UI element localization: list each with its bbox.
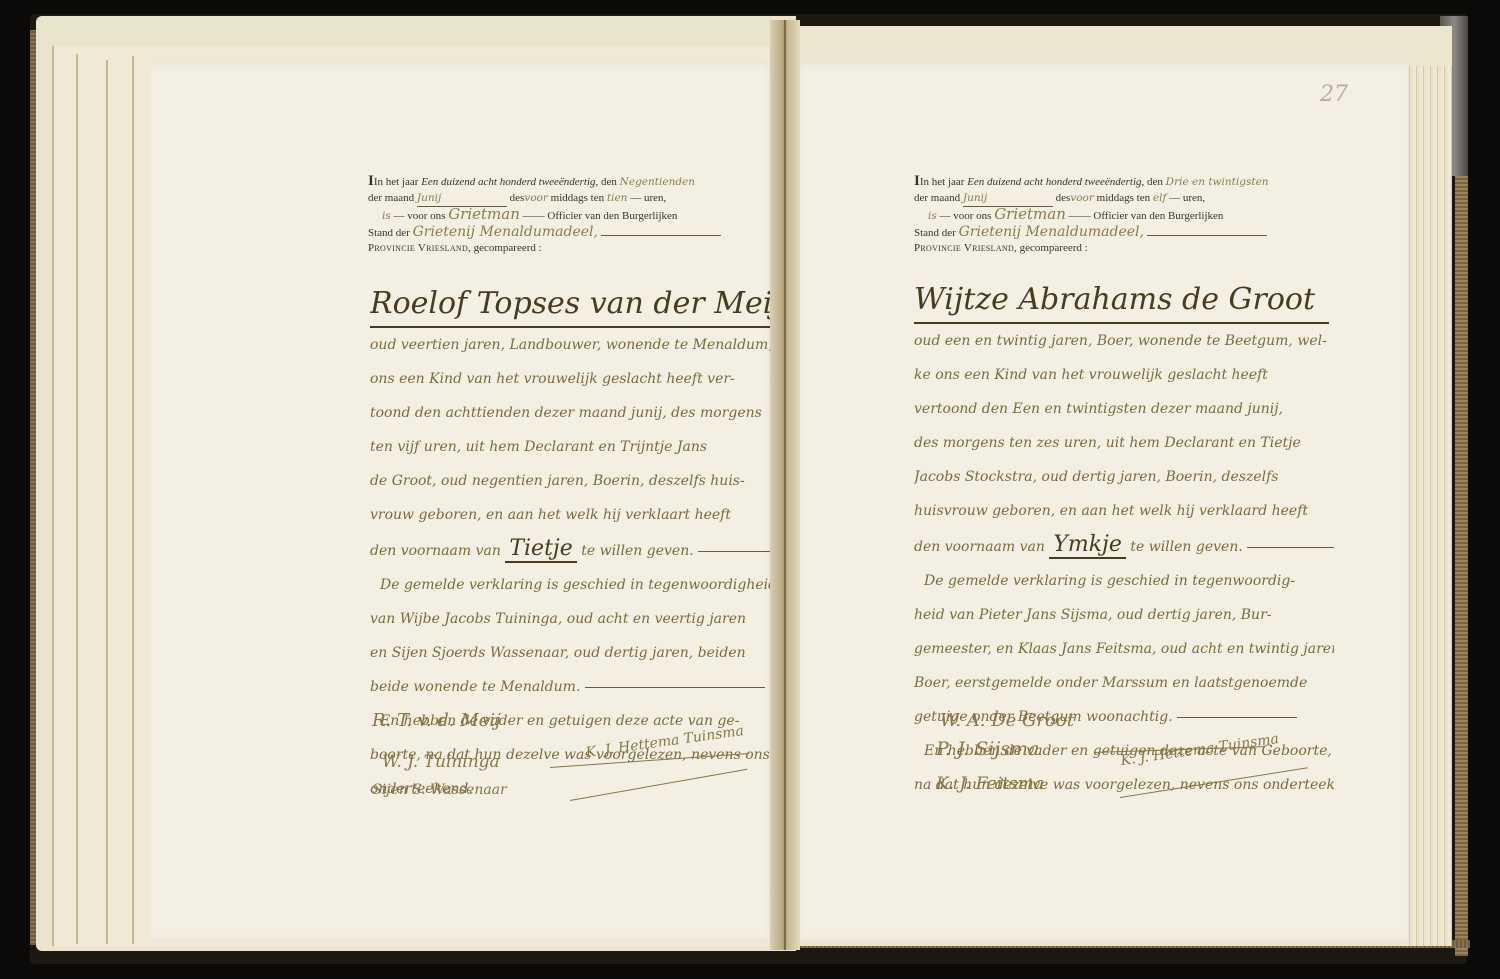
form-text: der maand bbox=[914, 192, 960, 204]
witness-line: van Wijbe Jacobs Tuininga, oud acht en v… bbox=[370, 602, 790, 636]
record-line: toond den achttienden dezer maand junij,… bbox=[370, 396, 790, 430]
form-text: uren, bbox=[644, 192, 666, 204]
record-line: te willen geven. bbox=[581, 543, 693, 559]
record-line: den voornaam van bbox=[370, 543, 501, 559]
form-text: In het jaar bbox=[920, 176, 965, 188]
child-name: Tietje bbox=[505, 536, 576, 563]
form-text: middags ten bbox=[551, 192, 604, 204]
witness-line: gemeester, en Klaas Jans Feitsma, oud ac… bbox=[914, 632, 1334, 666]
witness-line: Boer, eerstgemelde onder Marssum en laat… bbox=[914, 666, 1334, 700]
form-text: Stand der bbox=[368, 227, 410, 239]
record-line: vertoond den Een en twintigsten dezer ma… bbox=[914, 392, 1334, 426]
form-text: voor ons bbox=[407, 210, 445, 222]
day-field: Drie en twintigsten bbox=[1166, 176, 1269, 188]
form-text: voor ons bbox=[953, 210, 991, 222]
province-text: Provincie Vriesland bbox=[914, 242, 1014, 254]
record-line: te willen geven. bbox=[1130, 539, 1242, 555]
day-field: Negentienden bbox=[620, 176, 695, 188]
form-text: , den bbox=[596, 176, 617, 188]
form-text: , gecompareerd : bbox=[468, 242, 542, 254]
signature-father: R. T. v. d. Meij bbox=[372, 710, 501, 731]
signature-witness-2: K. J. Feitsma bbox=[936, 774, 1044, 794]
officer-field: Grietman bbox=[448, 205, 520, 223]
record-line: oud veertien jaren, Landbouwer, wonende … bbox=[370, 328, 790, 362]
form-text: , gecompareerd : bbox=[1014, 242, 1088, 254]
declarant-name: Roelof Topses van der Meij bbox=[370, 282, 790, 328]
record-line: oud een en twintig jaren, Boer, wonende … bbox=[914, 324, 1334, 358]
part-of-day-field: voor bbox=[1070, 192, 1094, 204]
form-text: Officier van den Burgerlijken bbox=[547, 210, 677, 222]
hour-field: tien bbox=[607, 192, 628, 204]
form-text: des bbox=[1056, 192, 1071, 204]
municipality-field: Grietenij Menaldumadeel, bbox=[959, 224, 1144, 240]
signature-witness-2: Sijen S. Wassenaar bbox=[372, 782, 507, 798]
book-spine-gutter bbox=[770, 20, 800, 950]
witness-line: heid van Pieter Jans Sijsma, oud dertig … bbox=[914, 598, 1334, 632]
record-line: huisvrouw geboren, en aan het welk hij v… bbox=[914, 494, 1334, 528]
form-text: Officier van den Burgerlijken bbox=[1093, 210, 1223, 222]
witness-line: De gemelde verklaring is geschied in teg… bbox=[370, 568, 790, 602]
record-line: ke ons een Kind van het vrouwelijk gesla… bbox=[914, 358, 1334, 392]
left-form-header: IIn het jaar Een duizend acht honderd tw… bbox=[368, 174, 788, 257]
child-name: Ymkje bbox=[1049, 532, 1126, 559]
record-line: Jacobs Stockstra, oud dertig jaren, Boer… bbox=[914, 460, 1334, 494]
signature-witness-1: W. J. Tuininga bbox=[382, 752, 500, 772]
page-number: 27 bbox=[1320, 82, 1348, 107]
form-text: is bbox=[382, 210, 391, 222]
part-of-day-field: voor bbox=[524, 192, 548, 204]
record-line: des morgens ten zes uren, uit hem Declar… bbox=[914, 426, 1334, 460]
municipality-field: Grietenij Menaldumadeel, bbox=[413, 224, 598, 240]
form-text: , den bbox=[1142, 176, 1163, 188]
record-line: de Groot, oud negentien jaren, Boerin, d… bbox=[370, 464, 790, 498]
record-line: den voornaam van bbox=[914, 539, 1045, 555]
year-text: Een duizend acht honderd tweeëndertig bbox=[421, 176, 595, 188]
form-text: Stand der bbox=[914, 227, 956, 239]
form-text: In het jaar bbox=[374, 176, 419, 188]
form-text: des bbox=[510, 192, 525, 204]
province-text: Provincie Vriesland bbox=[368, 242, 468, 254]
signature-father: W. A. De Groot bbox=[940, 710, 1074, 731]
declarant-name: Wijtze Abrahams de Groot bbox=[914, 278, 1329, 324]
witness-line: en Sijen Sjoerds Wassenaar, oud dertig j… bbox=[370, 636, 790, 670]
form-text: uren, bbox=[1183, 192, 1205, 204]
witness-line: De gemelde verklaring is geschied in teg… bbox=[914, 564, 1334, 598]
record-line: ten vijf uren, uit hem Declarant en Trij… bbox=[370, 430, 790, 464]
right-page: 27 IIn het jaar Een duizend acht honderd… bbox=[790, 62, 1408, 942]
witness-line: beide wonende te Menaldum. bbox=[370, 679, 580, 695]
form-text: der maand bbox=[368, 192, 414, 204]
form-text: middags ten bbox=[1097, 192, 1150, 204]
form-text: is bbox=[928, 210, 937, 222]
right-form-header: IIn het jaar Een duizend acht honderd tw… bbox=[914, 174, 1334, 257]
left-page: IIn het jaar Een duizend acht honderd tw… bbox=[150, 62, 778, 942]
signature-witness-1: P. J. Sijsma bbox=[936, 738, 1039, 760]
hour-field: elf bbox=[1153, 192, 1166, 204]
officer-field: Grietman bbox=[994, 205, 1066, 223]
year-text: Een duizend acht honderd tweeëndertig bbox=[967, 176, 1141, 188]
record-line: ons een Kind van het vrouwelijk geslacht… bbox=[370, 362, 790, 396]
record-line: vrouw geboren, en aan het welk hij verkl… bbox=[370, 498, 790, 532]
